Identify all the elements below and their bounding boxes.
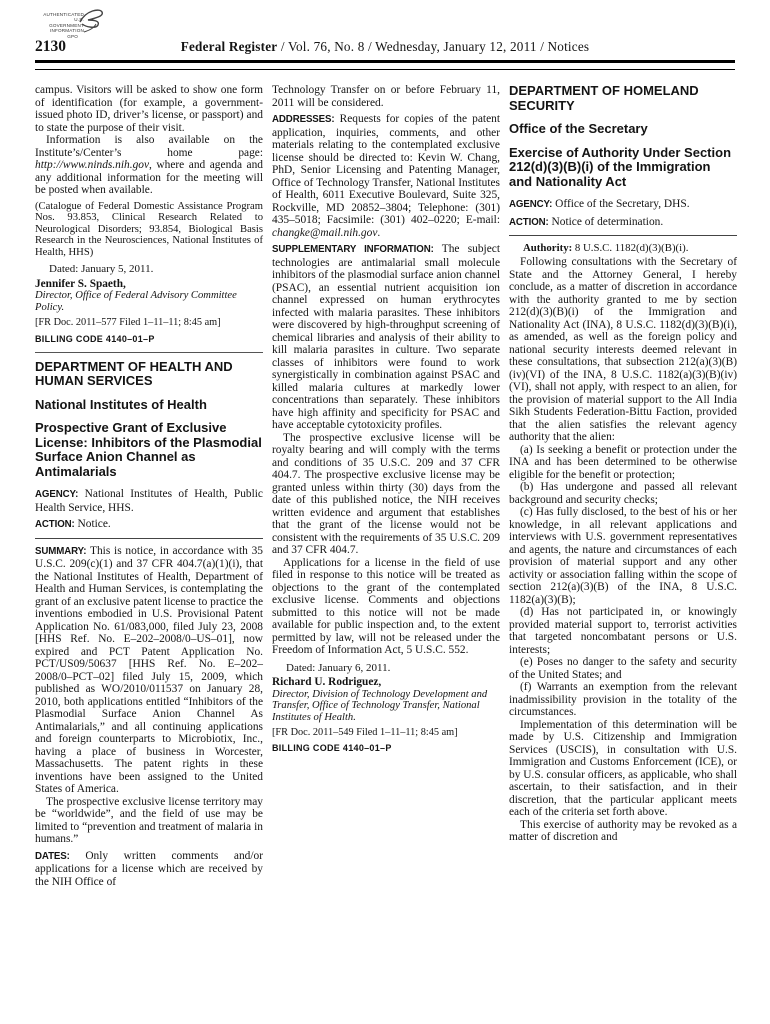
- text-run: (c) Has fully disclosed, to the best of …: [509, 506, 737, 606]
- text-run: DEPARTMENT OF HEALTH AND HUMAN SERVICES: [35, 359, 233, 389]
- text-run: (f) Warrants an exemption from the relev…: [509, 681, 737, 718]
- text-run: 8 U.S.C. 1182(d)(3)(B)(i).: [572, 242, 688, 254]
- agency-heading: Office of the Secretary: [509, 122, 737, 137]
- text-run: Applications for a license in the field …: [272, 557, 500, 657]
- field-label: ADDRESSES:: [272, 114, 335, 125]
- text-run: Richard U. Rodriguez,: [272, 676, 381, 688]
- field-label: ACTION:: [509, 217, 549, 228]
- text-run: BILLING CODE 4140–01–P: [272, 743, 392, 753]
- body-paragraph: (a) Is seeking a benefit or protection u…: [509, 444, 737, 482]
- column-1: campus. Visitors will be asked to show o…: [35, 84, 263, 888]
- text-run: [FR Doc. 2011–577 Filed 1–11–11; 8:45 am…: [35, 317, 221, 328]
- text-run: Following consultations with the Secreta…: [509, 256, 737, 443]
- document-title: Prospective Grant of Exclusive License: …: [35, 421, 263, 479]
- addresses-paragraph: ADDRESSES: Requests for copies of the pa…: [272, 113, 500, 239]
- text-run: (e) Poses no danger to the safety and se…: [509, 656, 737, 681]
- fr-doc-line: [FR Doc. 2011–549 Filed 1–11–11; 8:45 am…: [272, 727, 500, 739]
- text-run: Only written comments and/or application…: [35, 850, 263, 888]
- supplementary-info-paragraph: SUPPLEMENTARY INFORMATION: The subject t…: [272, 243, 500, 432]
- dated-line: Dated: January 6, 2011.: [272, 662, 500, 675]
- text-run: The subject technologies are antimalaria…: [272, 243, 500, 431]
- text-run: Jennifer S. Spaeth,: [35, 278, 126, 290]
- department-heading: DEPARTMENT OF HOMELAND SECURITY: [509, 84, 737, 113]
- body-paragraph: The prospective exclusive license will b…: [272, 432, 500, 557]
- dated-line: Dated: January 5, 2011.: [35, 263, 263, 276]
- body-paragraph: Technology Transfer on or before Februar…: [272, 84, 500, 109]
- text-run: National Institutes of Health: [35, 397, 207, 412]
- text-run: The prospective exclusive license territ…: [35, 796, 263, 846]
- text-run: (b) Has undergone and passed all relevan…: [509, 481, 737, 506]
- text-run: BILLING CODE 4140–01–P: [35, 334, 155, 344]
- billing-code: BILLING CODE 4140–01–P: [35, 334, 263, 344]
- text-run: Notice of determination.: [552, 216, 664, 228]
- field-label: AGENCY:: [35, 489, 78, 500]
- section-divider: [35, 352, 263, 353]
- text-run: Dated: January 6, 2011.: [286, 662, 390, 674]
- text-run: This is notice, in accordance with 35 U.…: [35, 545, 263, 796]
- signature-title: Director, Division of Technology Develop…: [272, 689, 500, 724]
- text-run: .: [377, 227, 380, 239]
- body-paragraph: This exercise of authority may be revoke…: [509, 819, 737, 844]
- column-2: Technology Transfer on or before Februar…: [272, 84, 500, 888]
- text-run: Office of the Secretary: [509, 121, 648, 136]
- field-label: ACTION:: [35, 519, 75, 530]
- text-run: Exercise of Authority Under Section 212(…: [509, 145, 731, 189]
- header-title: Federal Register / Vol. 76, No. 8 / Wedn…: [35, 39, 735, 55]
- signature-name: Jennifer S. Spaeth,: [35, 278, 263, 291]
- catalogue-note: (Catalogue of Federal Domestic Assistanc…: [35, 201, 263, 259]
- text-run: [FR Doc. 2011–549 Filed 1–11–11; 8:45 am…: [272, 727, 458, 738]
- field-label: AGENCY:: [509, 199, 552, 210]
- body-paragraph: (d) Has not participated in, or knowingl…: [509, 606, 737, 656]
- field-label: SUPPLEMENTARY INFORMATION:: [272, 244, 434, 255]
- text-run: Dated: January 5, 2011.: [49, 263, 153, 275]
- text-run: Office of the Secretary, DHS.: [555, 198, 689, 210]
- text-run: Implementation of this determination wil…: [509, 719, 737, 819]
- text-run: Requests for copies of the patent applic…: [272, 113, 500, 226]
- body-paragraph: Applications for a license in the field …: [272, 557, 500, 657]
- italic-text: changke@mail.nih.gov: [272, 227, 377, 239]
- signature-name: Richard U. Rodriguez,: [272, 676, 500, 689]
- department-heading: DEPARTMENT OF HEALTH AND HUMAN SERVICES: [35, 360, 263, 389]
- billing-code: BILLING CODE 4140–01–P: [272, 743, 500, 753]
- page-columns: campus. Visitors will be asked to show o…: [35, 84, 737, 888]
- text-run: (Catalogue of Federal Domestic Assistanc…: [35, 201, 263, 258]
- body-paragraph: Information is also available on the Ins…: [35, 134, 263, 197]
- header-rule: [35, 60, 735, 70]
- text-run: Director, Office of Federal Advisory Com…: [35, 290, 237, 313]
- text-run: DEPARTMENT OF HOMELAND SECURITY: [509, 83, 699, 113]
- text-run: campus. Visitors will be asked to show o…: [35, 84, 263, 134]
- action-line: ACTION: Notice of determination.: [509, 216, 737, 230]
- summary-paragraph: SUMMARY: This is notice, in accordance w…: [35, 545, 263, 796]
- agency-line: AGENCY: National Institutes of Health, P…: [35, 488, 263, 514]
- body-paragraph: (e) Poses no danger to the safety and se…: [509, 656, 737, 681]
- text-run: Prospective Grant of Exclusive License: …: [35, 420, 262, 479]
- body-paragraph: Implementation of this determination wil…: [509, 719, 737, 819]
- document-title: Exercise of Authority Under Section 212(…: [509, 146, 737, 190]
- authority-label: Authority:: [523, 242, 572, 254]
- field-label: DATES:: [35, 851, 70, 862]
- body-paragraph: The prospective exclusive license territ…: [35, 796, 263, 846]
- dates-paragraph: DATES: Only written comments and/or appl…: [35, 850, 263, 889]
- body-paragraph: (c) Has fully disclosed, to the best of …: [509, 506, 737, 606]
- text-run: Director, Division of Technology Develop…: [272, 689, 487, 724]
- field-label: SUMMARY:: [35, 546, 86, 557]
- italic-text: http://www.ninds.nih.gov: [35, 159, 149, 171]
- text-run: The prospective exclusive license will b…: [272, 432, 500, 557]
- page-header: 2130 Federal Register / Vol. 76, No. 8 /…: [35, 36, 735, 58]
- text-run: (d) Has not participated in, or knowingl…: [509, 606, 737, 656]
- header-title-bold: Federal Register: [181, 39, 278, 54]
- fr-doc-line: [FR Doc. 2011–577 Filed 1–11–11; 8:45 am…: [35, 317, 263, 329]
- signature-title: Director, Office of Federal Advisory Com…: [35, 290, 263, 314]
- body-paragraph: Following consultations with the Secreta…: [509, 256, 737, 444]
- text-run: This exercise of authority may be revoke…: [509, 819, 737, 844]
- text-run: (a) Is seeking a benefit or protection u…: [509, 444, 737, 481]
- header-title-rest: / Vol. 76, No. 8 / Wednesday, January 12…: [277, 39, 589, 54]
- text-run: Notice.: [78, 518, 111, 530]
- action-divider: [509, 235, 737, 236]
- text-run: Information is also available on the Ins…: [35, 134, 263, 159]
- text-run: Technology Transfer on or before Februar…: [272, 84, 500, 109]
- body-paragraph: (f) Warrants an exemption from the relev…: [509, 681, 737, 719]
- column-3: DEPARTMENT OF HOMELAND SECURITYOffice of…: [509, 84, 737, 888]
- body-paragraph: campus. Visitors will be asked to show o…: [35, 84, 263, 134]
- agency-line: AGENCY: Office of the Secretary, DHS.: [509, 198, 737, 212]
- federal-register-page: AUTHENTICATED U.S. GOVERNMENT INFORMATIO…: [0, 0, 770, 1024]
- body-paragraph: (b) Has undergone and passed all relevan…: [509, 481, 737, 506]
- action-line: ACTION: Notice.: [35, 518, 263, 532]
- action-divider: [35, 538, 263, 539]
- authority-line: Authority: 8 U.S.C. 1182(d)(3)(B)(i).: [509, 242, 737, 254]
- agency-heading: National Institutes of Health: [35, 398, 263, 413]
